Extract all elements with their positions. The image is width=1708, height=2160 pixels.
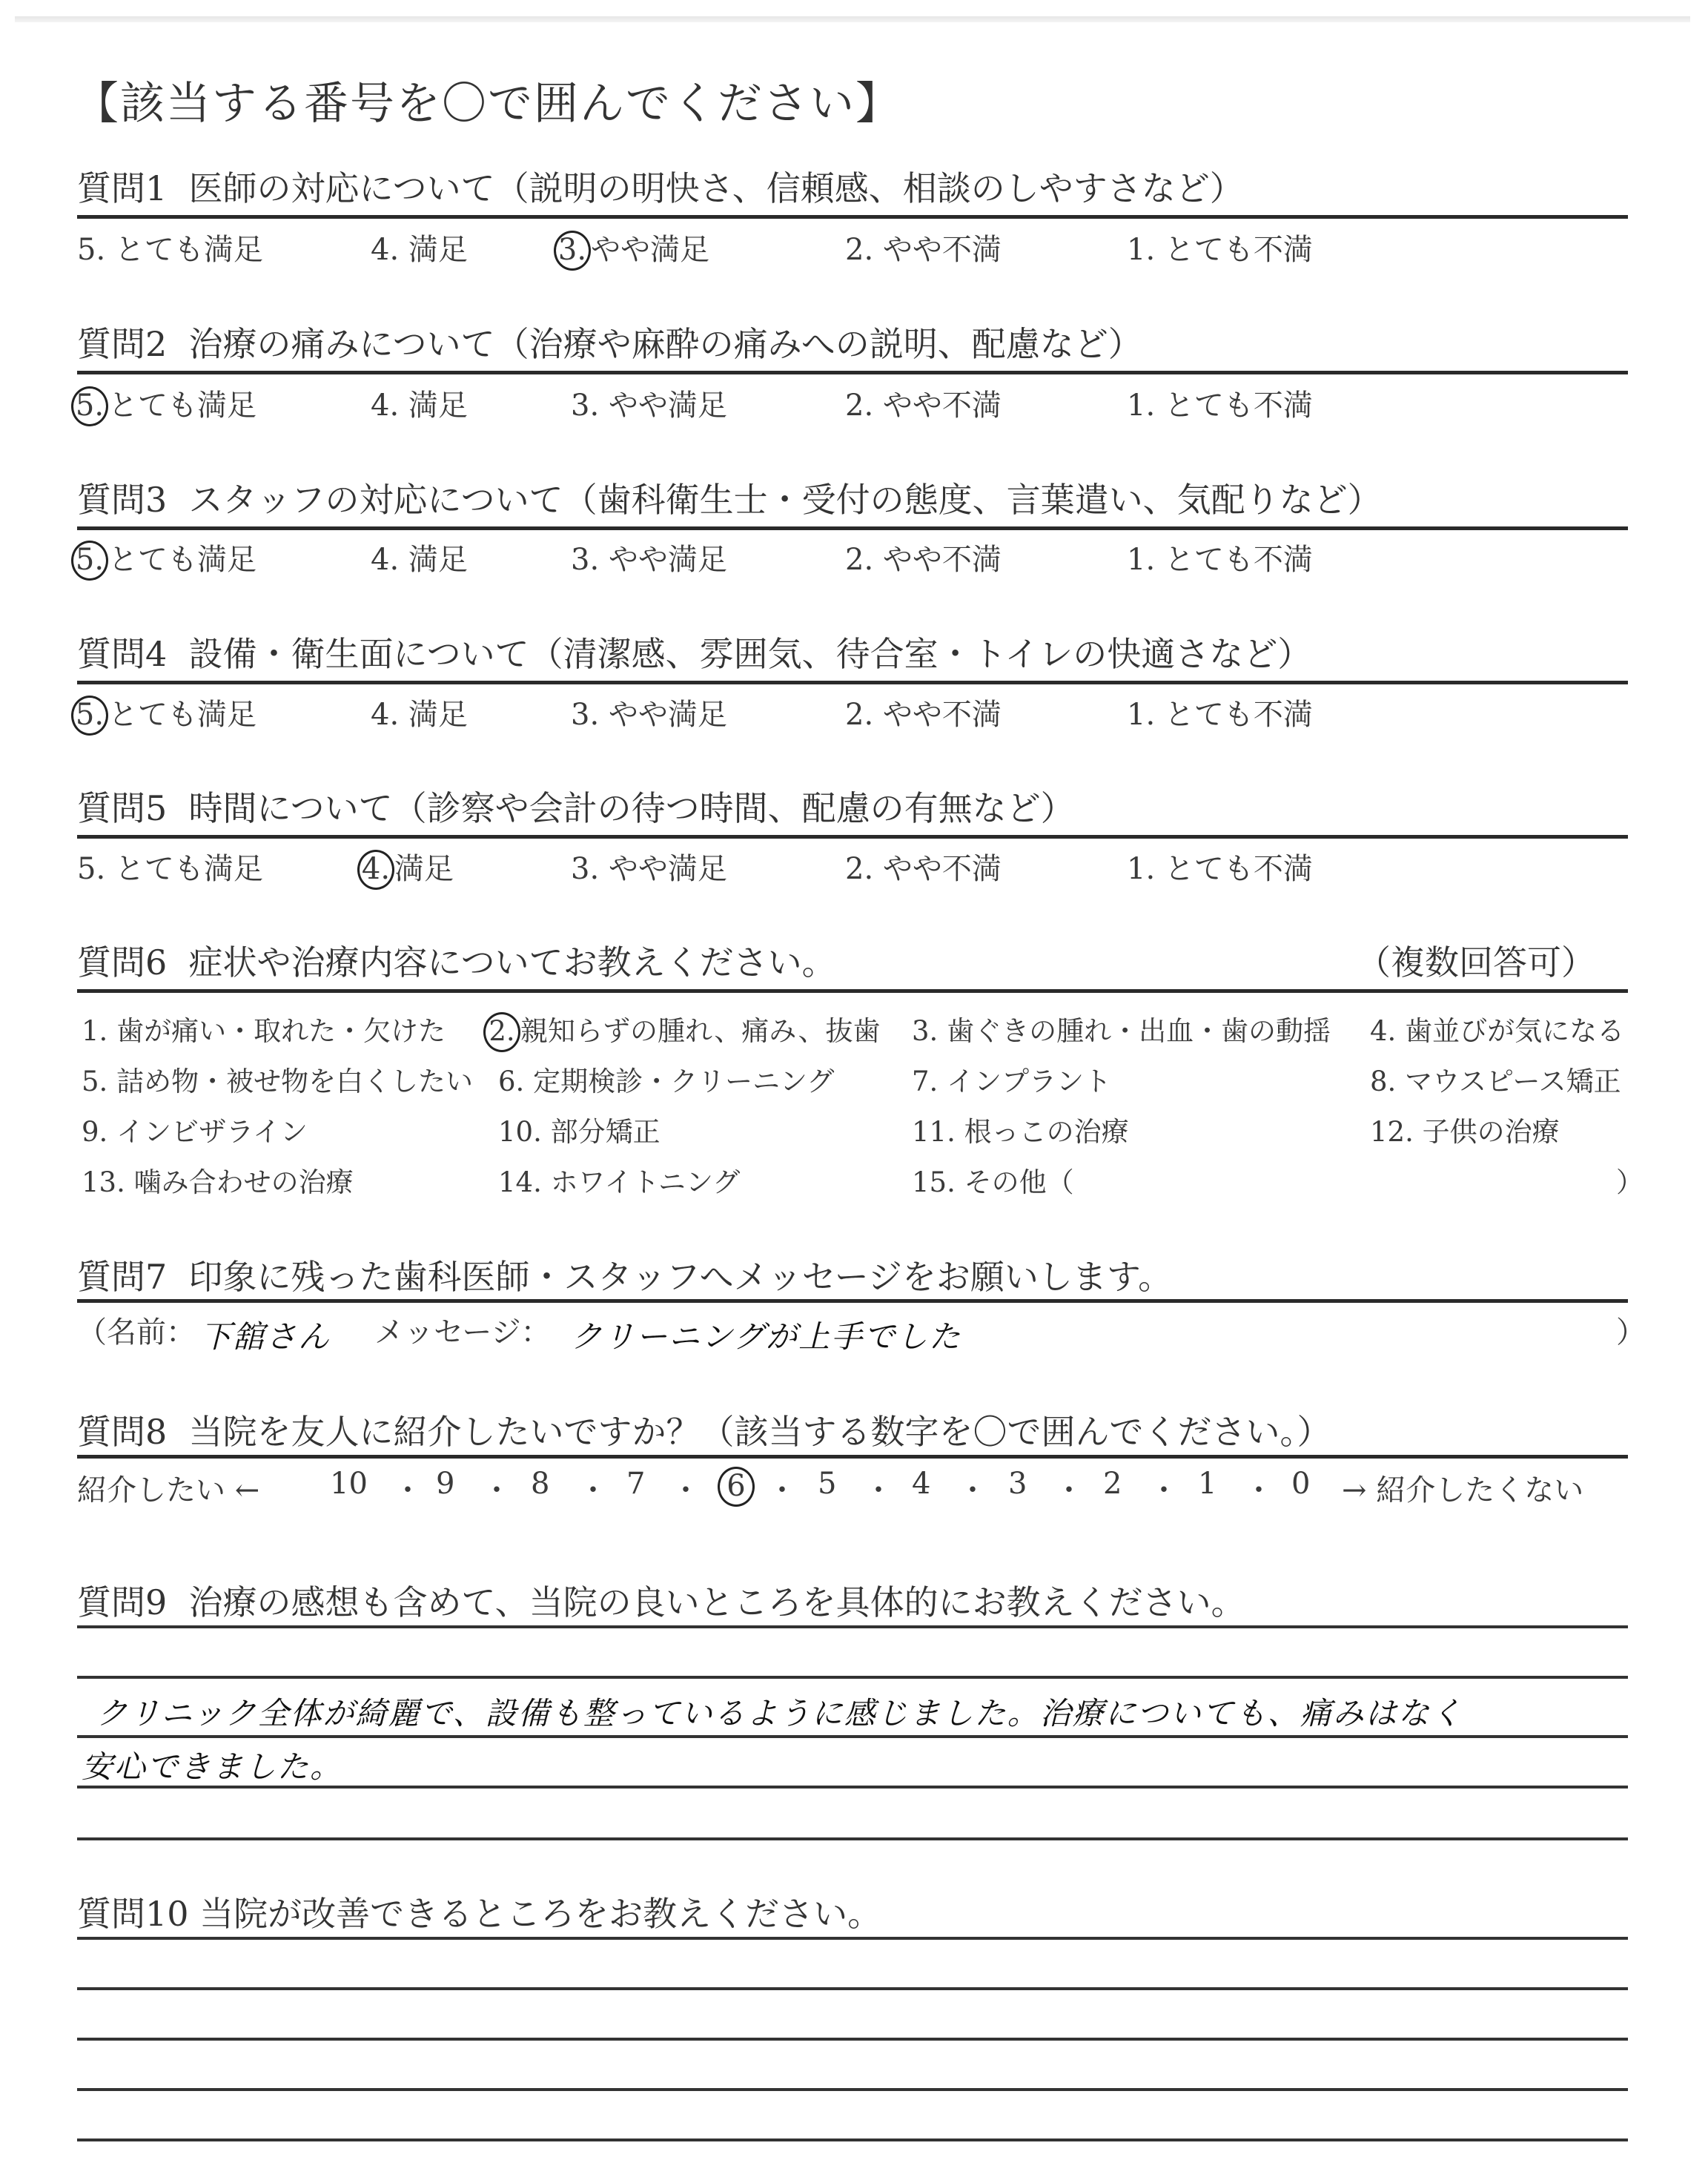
message-field-handwritten[interactable]: クリーニングが上手でした [571,1312,961,1357]
q6-item-15-other[interactable]: 15. その他（ [912,1160,1074,1200]
question-text: 設備・衛生面について（清潔感、雰囲気、待合室・トイレの快適さなど） [189,634,1312,674]
q2-option-2[interactable]: 2. やや不満 [845,382,1002,424]
scale-10[interactable]: 10 [330,1467,368,1501]
scale-2[interactable]: 2 [1103,1467,1122,1501]
recommend-scale-right-label: → 紹介したくない [1342,1467,1583,1509]
answer-line [77,1625,1628,1628]
q5-option-2[interactable]: 2. やや不満 [845,845,1002,888]
question-text: 症状や治療内容についてお教えください。 [189,942,836,982]
scale-9[interactable]: 9 [436,1467,454,1501]
question-5-heading: 質問5 時間について（診察や会計の待つ時間、配慮の有無など） [77,782,1075,830]
other-close-paren: ） [1616,1160,1644,1200]
q1-option-4[interactable]: 4. 満足 [371,226,468,268]
q6-item-4[interactable]: 4. 歯並びが気になる [1370,1008,1624,1048]
question-text: 医師の対応について（説明の明快さ、信頼感、相談のしやすさなど） [189,168,1244,208]
separator-dot: ・ [671,1467,701,1509]
separator-dot: ・ [1244,1467,1274,1509]
scan-edge [15,16,1690,22]
scale-5[interactable]: 5 [818,1467,836,1501]
q4-option-2[interactable]: 2. やや不満 [845,691,1002,733]
q9-answer-line-1[interactable]: クリニック全体が綺麗で、設備も整っているように感じました。治療についても、痛みは… [96,1689,1463,1734]
divider [77,371,1628,374]
question-label: 質問9 [77,1582,167,1622]
question-text: 時間について（診察や会計の待つ時間、配慮の有無など） [189,788,1075,828]
page-title: 【該当する番号を〇で囲んでください】 [74,68,901,132]
q1-option-3-selected[interactable]: 3.やや満足 [560,226,709,271]
answer-line [77,1786,1628,1789]
q6-item-6[interactable]: 6. 定期検診・クリーニング [498,1059,834,1099]
option-label: とても満足 [108,543,256,577]
separator-dot: ・ [864,1467,893,1509]
question-2-heading: 質問2 治療の痛みについて（治療や麻酔の痛みへの説明、配慮など） [77,317,1142,366]
name-label: （名前： [77,1309,196,1351]
circle-mark: 3. [554,231,591,271]
question-text: スタッフの対応について（歯科衛生士・受付の態度、言葉遣い、気配りなど） [189,480,1382,520]
question-text: 当院が改善できるところをお教えください。 [199,1894,881,1934]
option-label: 満足 [394,852,454,886]
name-field-handwritten[interactable]: 下舘さん [200,1312,331,1357]
q2-option-1[interactable]: 1. とても不満 [1127,382,1313,424]
separator-dot: ・ [1054,1467,1084,1509]
answer-line [77,2038,1628,2041]
option-label: 親知らずの腫れ、痛み、抜歯 [520,1015,880,1047]
q6-item-7[interactable]: 7. インプラント [912,1059,1111,1099]
answer-line [77,1735,1628,1738]
q6-item-5[interactable]: 5. 詰め物・被せ物を白くしたい [82,1059,473,1099]
q3-option-5-selected[interactable]: 5.とても満足 [77,536,256,581]
circle-mark: 4. [357,850,394,890]
q6-item-1[interactable]: 1. 歯が痛い・取れた・欠けた [82,1008,446,1048]
q3-option-3[interactable]: 3. やや満足 [571,536,727,578]
question-8-heading: 質問8 当院を友人に紹介したいですか？（該当する数字を〇で囲んでください。） [77,1405,1331,1454]
q6-item-14[interactable]: 14. ホワイトニング [498,1160,740,1200]
q6-item-9[interactable]: 9. インビザライン [82,1109,308,1149]
question-label: 質問3 [77,480,167,520]
q3-option-2[interactable]: 2. やや不満 [845,536,1002,578]
divider [77,1299,1628,1303]
option-label: やや満足 [591,233,709,267]
question-7-heading: 質問7 印象に残った歯科医師・スタッフへメッセージをお願いします。 [77,1250,1172,1299]
answer-line [77,1837,1628,1840]
question-1-heading: 質問1 医師の対応について（説明の明快さ、信頼感、相談のしやすさなど） [77,162,1244,211]
separator-dot: ・ [482,1467,512,1509]
question-text: 治療の感想も含めて、当院の良いところを具体的にお教えください。 [189,1582,1245,1622]
scale-8[interactable]: 8 [531,1467,549,1501]
q3-option-4[interactable]: 4. 満足 [371,536,468,578]
q4-option-5-selected[interactable]: 5.とても満足 [77,691,256,736]
scale-7[interactable]: 7 [626,1467,645,1501]
question-text: 当院を友人に紹介したいですか？（該当する数字を〇で囲んでください。） [189,1412,1331,1452]
question-label: 質問7 [77,1257,167,1297]
question-label: 質問1 [77,168,167,208]
q6-item-2-selected[interactable]: 2.親知らずの腫れ、痛み、抜歯 [489,1008,880,1052]
q1-option-5[interactable]: 5. とても満足 [77,226,263,268]
q3-option-1[interactable]: 1. とても不満 [1127,536,1313,578]
message-label: メッセージ： [374,1309,551,1351]
question-10-heading: 質問10 当院が改善できるところをお教えください。 [77,1887,881,1936]
question-label: 質問4 [77,634,167,674]
recommend-scale-left-label: 紹介したい ← [77,1467,259,1509]
q5-option-5[interactable]: 5. とても満足 [77,845,263,888]
question-text: 治療の痛みについて（治療や麻酔の痛みへの説明、配慮など） [189,324,1142,364]
answer-line [77,2138,1628,2141]
scale-1[interactable]: 1 [1198,1467,1217,1501]
q1-option-2[interactable]: 2. やや不満 [845,226,1002,268]
scale-6-selected[interactable]: 6 [718,1467,755,1507]
circle-mark: 5. [71,541,108,581]
question-label: 質問2 [77,324,167,364]
q2-option-3[interactable]: 3. やや満足 [571,382,727,424]
separator-dot: ・ [767,1467,797,1509]
separator-dot: ・ [393,1467,423,1509]
answer-line [77,1987,1628,1990]
option-label: とても満足 [108,389,256,423]
question-label: 質問10 [77,1894,189,1934]
answer-line [77,1676,1628,1679]
circle-mark: 6 [718,1467,755,1507]
question-label: 質問8 [77,1412,167,1452]
circle-mark: 2. [483,1012,520,1052]
separator-dot: ・ [1149,1467,1179,1509]
answer-line [77,1937,1628,1940]
circle-mark: 5. [71,696,108,736]
question-label: 質問6 [77,942,167,982]
q2-option-4[interactable]: 4. 満足 [371,382,468,424]
question-text: 印象に残った歯科医師・スタッフへメッセージをお願いします。 [189,1257,1173,1297]
scale-0[interactable]: 0 [1291,1467,1310,1501]
q4-option-1[interactable]: 1. とても不満 [1127,691,1313,733]
q6-item-8[interactable]: 8. マウスピース矯正 [1370,1059,1621,1099]
question-6-heading: 質問6 症状や治療内容についてお教えください。 [77,936,836,985]
divider [77,1455,1628,1459]
q5-option-4-selected[interactable]: 4.満足 [363,845,454,890]
divider [77,989,1628,993]
q9-answer-line-2[interactable]: 安心できました。 [82,1743,342,1787]
answer-line [77,2088,1628,2091]
q5-option-1[interactable]: 1. とても不満 [1127,845,1313,888]
q5-option-3[interactable]: 3. やや満足 [571,845,727,888]
message-close-paren: ） [1616,1309,1646,1351]
multiple-answers-note: （複数回答可） [1357,936,1595,985]
option-label: とても満足 [108,698,256,732]
question-4-heading: 質問4 設備・衛生面について（清潔感、雰囲気、待合室・トイレの快適さなど） [77,627,1311,676]
separator-dot: ・ [578,1467,608,1509]
divider [77,215,1628,219]
scale-3[interactable]: 3 [1008,1467,1027,1501]
q6-item-3[interactable]: 3. 歯ぐきの腫れ・出血・歯の動揺 [912,1008,1331,1048]
question-9-heading: 質問9 治療の感想も含めて、当院の良いところを具体的にお教えください。 [77,1576,1245,1625]
circle-mark: 5. [71,386,108,426]
separator-dot: ・ [958,1467,987,1509]
q6-item-11[interactable]: 11. 根っこの治療 [912,1109,1129,1149]
q1-option-1[interactable]: 1. とても不満 [1127,226,1313,268]
q6-item-10[interactable]: 10. 部分矯正 [498,1109,661,1149]
divider [77,526,1628,530]
scale-4[interactable]: 4 [912,1467,930,1501]
divider [77,835,1628,839]
q6-item-13[interactable]: 13. 噛み合わせの治療 [82,1160,354,1200]
q4-option-4[interactable]: 4. 満足 [371,691,468,733]
question-3-heading: 質問3 スタッフの対応について（歯科衛生士・受付の態度、言葉遣い、気配りなど） [77,473,1382,522]
q4-option-3[interactable]: 3. やや満足 [571,691,727,733]
divider [77,681,1628,684]
q2-option-5-selected[interactable]: 5.とても満足 [77,382,256,426]
question-label: 質問5 [77,788,167,828]
q6-item-12[interactable]: 12. 子供の治療 [1370,1109,1560,1149]
